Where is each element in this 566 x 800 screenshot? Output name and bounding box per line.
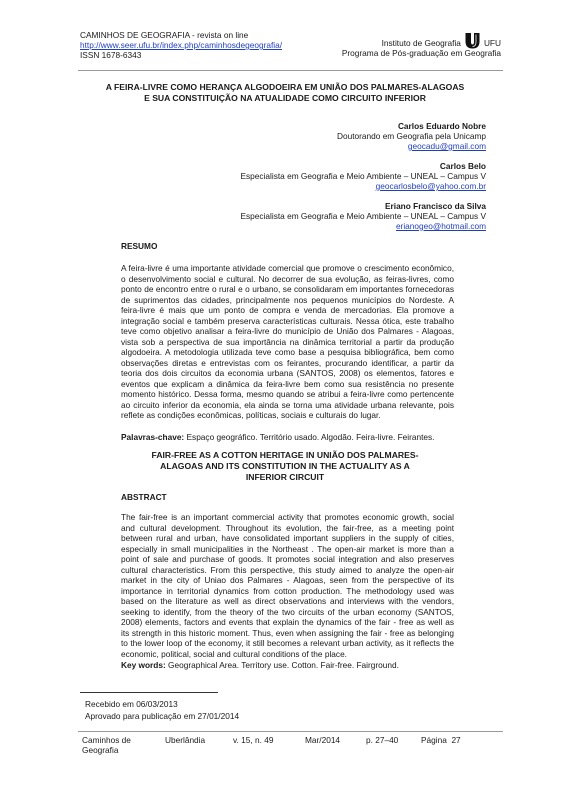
footer-divider — [78, 731, 503, 732]
university-name: UFU — [484, 38, 501, 48]
author-affiliation: Especialista em Geografia e Meio Ambient… — [241, 211, 487, 221]
journal-header: CAMINHOS DE GEOGRAFIA - revista on line … — [80, 30, 282, 60]
article-title-pt: A FEIRA-LIVRE COMO HERANÇA ALGODOEIRA EM… — [80, 82, 490, 104]
footnote: Recebido em 06/03/2013 Aprovado para pub… — [85, 699, 239, 722]
resumo-heading: RESUMO — [121, 241, 157, 251]
footer-pages: p. 27–40 — [366, 735, 421, 755]
footer-journal: Caminhos de Geografia — [82, 735, 165, 755]
footer-date: Mar/2014 — [305, 735, 366, 755]
author-name: Carlos Eduardo Nobre — [241, 121, 487, 131]
title-en-line: FAIR-FREE AS A COTTON HERITAGE IN UNIÃO … — [110, 450, 460, 461]
author-email-link[interactable]: erianogeo@hotmail.com — [396, 221, 486, 231]
keywords-list: Geographical Area. Territory use. Cotton… — [166, 660, 399, 670]
footer-city: Uberlândia — [165, 735, 233, 755]
abstract-keywords: Key words: Geographical Area. Territory … — [121, 660, 454, 671]
author: Eriano Francisco da Silva Especialista e… — [241, 201, 487, 231]
issn: ISSN 1678-6343 — [80, 50, 282, 60]
title-pt-line: A FEIRA-LIVRE COMO HERANÇA ALGODOEIRA EM… — [80, 82, 490, 93]
author: Carlos Belo Especialista em Geografia e … — [241, 161, 487, 191]
ufu-logo-icon — [464, 32, 481, 49]
title-en-line: ALAGOAS AND ITS CONSTITUTION IN THE ACTU… — [110, 461, 460, 472]
keywords-label: Key words: — [121, 660, 166, 670]
received-date: Recebido em 06/03/2013 — [85, 699, 239, 711]
author-affiliation: Especialista em Geografia e Meio Ambient… — [241, 171, 487, 181]
author-affiliation: Doutorando em Geografia pela Unicamp — [241, 131, 487, 141]
approved-date: Aprovado para publicação em 27/01/2014 — [85, 711, 239, 723]
keywords-label: Palavras-chave: — [121, 432, 184, 442]
author-name: Eriano Francisco da Silva — [241, 201, 487, 211]
author-email-link[interactable]: geocarlosbelo@yahoo.com.br — [376, 181, 486, 191]
author: Carlos Eduardo Nobre Doutorando em Geogr… — [241, 121, 487, 151]
header-divider — [78, 70, 503, 71]
abstract-heading: ABSTRACT — [121, 492, 167, 502]
author-name: Carlos Belo — [241, 161, 487, 171]
institution-header: Instituto de Geografia UFU Programa de P… — [342, 32, 501, 58]
abstract-text: The fair-free is an important commercial… — [121, 512, 454, 659]
page-footer: Caminhos de Geografia Uberlândia v. 15, … — [82, 735, 500, 755]
footer-page-number: Página 27 — [421, 735, 461, 755]
footnote-divider — [80, 692, 218, 693]
journal-name: CAMINHOS DE GEOGRAFIA - revista on line — [80, 30, 282, 40]
resumo-keywords: Palavras-chave: Espaço geográfico. Terri… — [121, 432, 454, 443]
keywords-list: Espaço geográfico. Território usado. Alg… — [184, 432, 434, 442]
author-email-link[interactable]: geocadu@gmail.com — [408, 141, 486, 151]
title-en-line: INFERIOR CIRCUIT — [110, 472, 460, 483]
article-title-en: FAIR-FREE AS A COTTON HERITAGE IN UNIÃO … — [110, 450, 460, 483]
program-name: Programa de Pós-graduação em Geografia — [342, 48, 501, 58]
authors-block: Carlos Eduardo Nobre Doutorando em Geogr… — [241, 121, 487, 241]
resumo-text: A feira-livre é uma importante atividade… — [121, 263, 454, 421]
footer-volume: v. 15, n. 49 — [233, 735, 305, 755]
journal-url-link[interactable]: http://www.seer.ufu.br/index.php/caminho… — [80, 40, 282, 50]
institute-name: Instituto de Geografia — [382, 38, 461, 48]
title-pt-line: E SUA CONSTITUIÇÃO NA ATUALIDADE COMO CI… — [80, 93, 490, 104]
